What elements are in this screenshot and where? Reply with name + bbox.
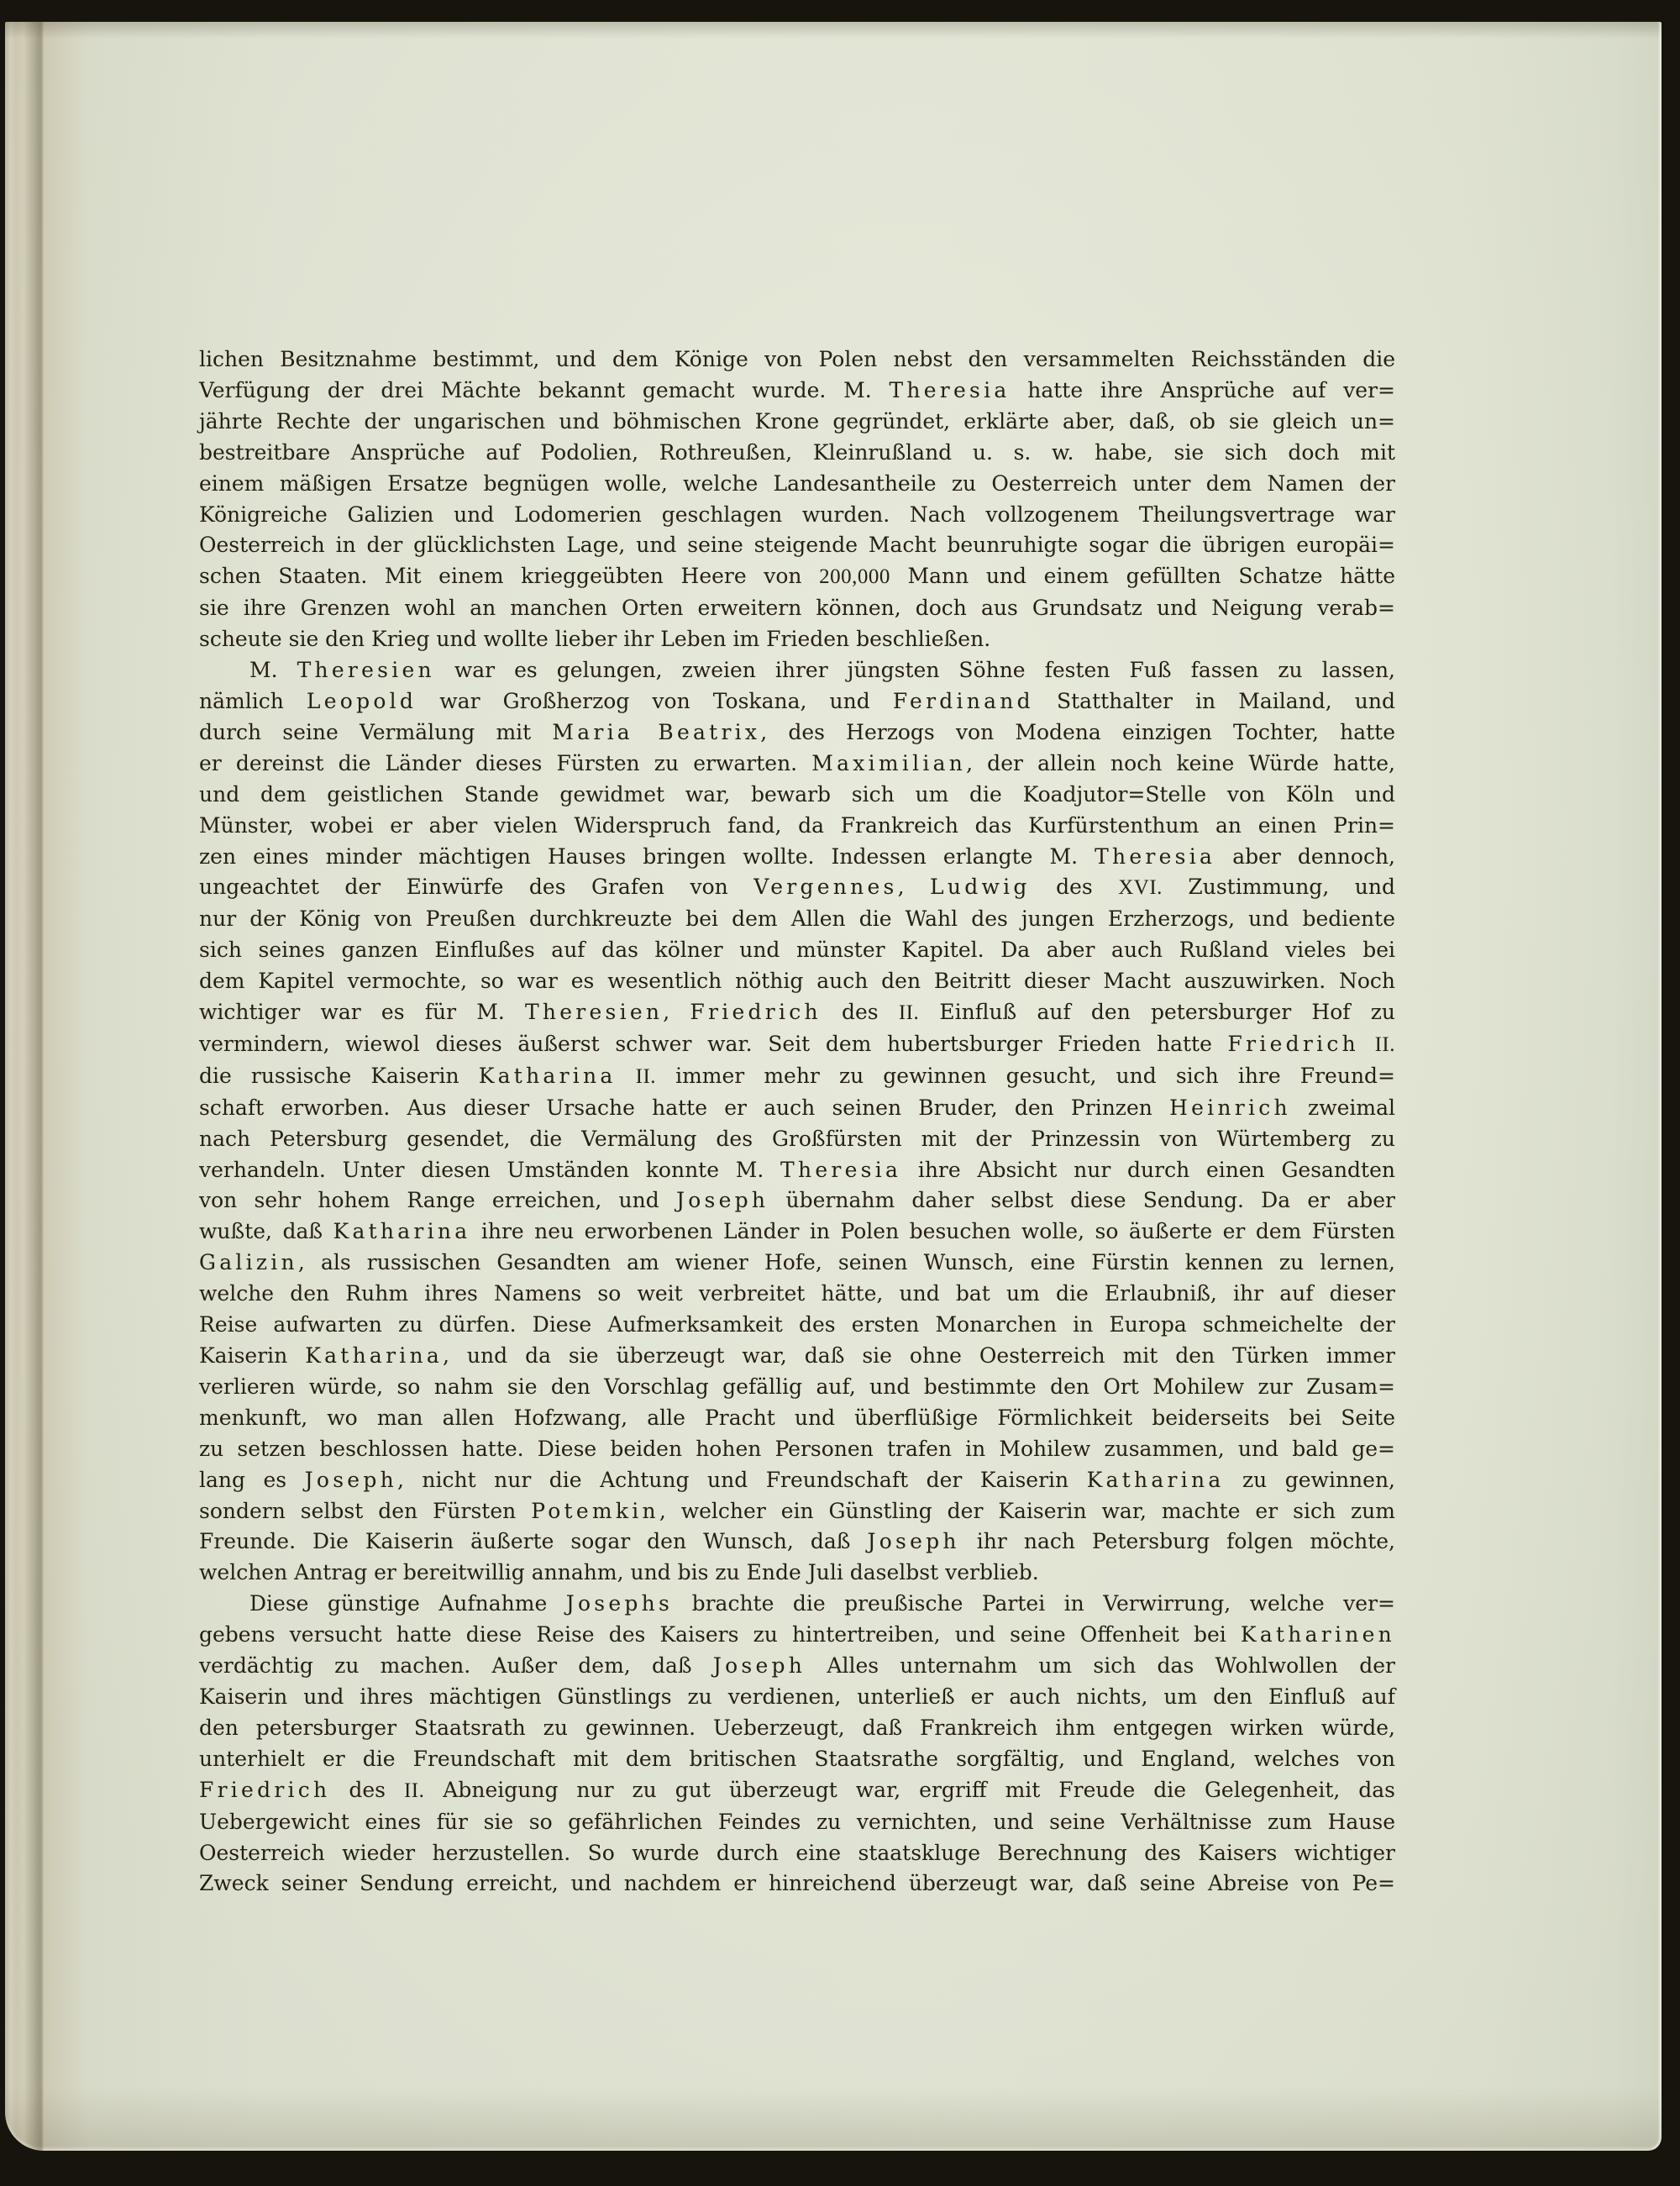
text-block: lichen Besitznahme bestimmt, und dem Kön… [199,344,1395,1900]
spaced-name: Ferdinand [893,689,1034,713]
text-segment: einem mäßigen Ersatze begnügen wolle, we… [199,471,1395,496]
spaced-name: Leopold [307,689,417,713]
text-segment: er dereinst die Länder dieses Fürsten zu… [199,751,811,775]
text-line: Oesterreich wieder herzustellen. So wurd… [199,1838,1395,1869]
text-line: von sehr hohem Range erreichen, und Jose… [199,1185,1395,1216]
text-line: Uebergewicht eines für sie so gefährlich… [199,1807,1395,1838]
scan-background: lichen Besitznahme bestimmt, und dem Kön… [0,0,1680,2186]
text-segment: zweimal [1291,1096,1395,1120]
antiqua-numeral: II. [636,1065,656,1088]
text-line: Oesterreich in der glücklichsten Lage, u… [199,530,1395,561]
text-segment: wußte, daß [199,1219,333,1243]
text-line: nämlich Leopold war Großherzog von Toska… [199,686,1395,717]
text-segment: nur der König von Preußen durchkreuzte b… [199,906,1395,931]
text-segment: nach Petersburg gesendet, die Vermälung … [199,1127,1395,1151]
text-line: jährte Rechte der ungarischen und böhmis… [199,407,1395,438]
text-line: schaft erworben. Aus dieser Ursache hatt… [199,1093,1395,1124]
text-segment: schen Staaten. Mit einem krieggeübten He… [199,564,819,588]
text-line: Königreiche Galizien und Lodomerien gesc… [199,500,1395,531]
antiqua-numeral: II. [404,1779,424,1802]
text-line: Freunde. Die Kaiserin äußerte sogar den … [199,1527,1395,1558]
text-segment: nämlich [199,689,307,713]
spaced-name: Joseph [713,1653,806,1678]
text-segment: Einfluß auf den petersburger Hof zu [919,1000,1395,1024]
text-segment: Uebergewicht eines für sie so gefährlich… [199,1810,1395,1834]
spaced-name: Friedrich [690,1000,821,1024]
antiqua-numeral: II. [1375,1033,1395,1056]
spaced-name: Friedrich [199,1778,330,1802]
text-segment: Oesterreich wieder herzustellen. So wurd… [199,1841,1395,1865]
spaced-name: Joseph [305,1468,397,1492]
text-segment: verlieren würde, so nahm sie den Vorschl… [199,1374,1395,1399]
text-line: zen eines minder mächtigen Hauses bringe… [199,842,1395,873]
text-line: Zweck seiner Sendung erreicht, und nachd… [199,1868,1395,1900]
text-segment: , [663,1000,690,1024]
spaced-name: Vergennes [753,875,897,899]
spaced-name: Friedrich [1228,1032,1359,1056]
text-segment: und dem geistlichen Stande gewidmet war,… [199,782,1395,807]
text-segment: Abneigung nur zu gut überzeugt war, ergr… [424,1778,1395,1802]
text-segment: jährte Rechte der ungarischen und böhmis… [199,409,1395,434]
spaced-name: Potemkin [531,1499,659,1523]
text-segment: Kaiserin und ihres mächtigen Günstlings … [199,1684,1395,1709]
text-segment: Verfügung der drei Mächte bekannt gemach… [199,378,889,402]
spaced-name: Theresia [780,1158,901,1182]
text-segment: M. [249,658,297,682]
spaced-name: Joseph [676,1188,769,1212]
text-segment: lichen Besitznahme bestimmt, und dem Kön… [199,347,1395,371]
spaced-name: Joseph [867,1529,959,1553]
spaced-name: Katharina [479,1064,617,1088]
text-segment: ihr nach Petersburg folgen möchte, [960,1529,1395,1553]
text-segment: zu setzen beschlossen hatte. Diese beide… [199,1437,1395,1461]
text-line: den petersburger Staatsrath zu gewinnen.… [199,1713,1395,1744]
text-segment: verdächtig zu machen. Außer dem, daß [199,1653,713,1678]
spaced-name: Maximilian [811,751,966,775]
text-segment: war es gelungen, zweien ihrer jüngsten S… [435,658,1395,682]
text-segment: war Großherzog von Toskana, und [417,689,893,713]
text-segment: durch seine Vermälung mit [199,720,552,744]
text-line: menkunft, wo man allen Hofzwang, alle Pr… [199,1403,1395,1434]
text-line: Reise aufwarten zu dürfen. Diese Aufmerk… [199,1310,1395,1341]
text-segment: schaft erworben. Aus dieser Ursache hatt… [199,1096,1169,1120]
text-line: schen Staaten. Mit einem krieggeübten He… [199,561,1395,593]
text-segment: Mann und einem gefüllten Schatze hätte [890,564,1395,588]
text-line: welche den Ruhm ihres Namens so weit ver… [199,1279,1395,1310]
text-segment: Diese günstige Aufnahme [249,1591,566,1616]
text-line: lang es Joseph, nicht nur die Achtung un… [199,1465,1395,1496]
text-segment: , und da sie überzeugt war, daß sie ohne… [443,1343,1395,1368]
text-line: einem mäßigen Ersatze begnügen wolle, we… [199,469,1395,500]
spaced-name: Theresia [889,378,1010,402]
text-segment: Alles unternahm um sich das Wohlwollen d… [806,1653,1395,1678]
text-segment: von sehr hohem Range erreichen, und [199,1188,676,1212]
text-segment: Freunde. Die Kaiserin äußerte sogar den … [199,1529,867,1553]
spaced-name: Katharina [1087,1468,1225,1492]
text-segment: welche den Ruhm ihres Namens so weit ver… [199,1281,1395,1306]
text-line: wußte, daß Katharina ihre neu erworbenen… [199,1216,1395,1248]
spaced-name: Katharina [305,1343,443,1368]
text-line: verhandeln. Unter diesen Umständen konnt… [199,1155,1395,1186]
antiqua-numeral: 200,000 [819,565,890,588]
text-segment: die russische Kaiserin [199,1064,479,1088]
text-segment [617,1064,636,1088]
spaced-name: Maria Beatrix [552,720,760,744]
text-segment: ihre neu erworbenen Länder in Polen besu… [470,1219,1395,1243]
text-segment: , als russischen Gesandten am wiener Hof… [298,1250,1395,1274]
text-line: vermindern, wiewol dieses äußerst schwer… [199,1029,1395,1061]
text-segment: Statthalter in Mailand, und [1034,689,1395,713]
text-segment: unterhielt er die Freundschaft mit dem b… [199,1747,1395,1771]
text-segment: wichtiger war es für M. [199,1000,525,1024]
text-line: bestreitbare Ansprüche auf Podolien, Rot… [199,438,1395,469]
text-line: unterhielt er die Freundschaft mit dem b… [199,1744,1395,1775]
text-line: dem Kapitel vermochte, so war es wesentl… [199,966,1395,997]
text-segment: , welcher ein Günstling der Kaiserin war… [659,1499,1395,1523]
text-line: durch seine Vermälung mit Maria Beatrix,… [199,717,1395,749]
text-segment: sondern selbst den Fürsten [199,1499,531,1523]
text-segment: den petersburger Staatsrath zu gewinnen.… [199,1716,1395,1740]
spaced-name: Theresia [1095,844,1215,869]
spaced-name: Ludwig [930,875,1031,899]
text-segment: brachte die preußische Partei in Verwirr… [673,1591,1395,1616]
text-line: welchen Antrag er bereitwillig annahm, u… [199,1558,1395,1589]
text-segment: verhandeln. Unter diesen Umständen konnt… [199,1158,780,1182]
text-line: sondern selbst den Fürsten Potemkin, wel… [199,1496,1395,1527]
text-segment: , [898,875,930,899]
text-segment: des [822,1000,899,1024]
antiqua-numeral: XVI. [1118,876,1163,899]
text-segment: , des Herzogs von Modena einzigen Tochte… [760,720,1395,744]
text-line: gebens versucht hatte diese Reise des Ka… [199,1620,1395,1651]
text-segment: hatte ihre Ansprüche auf ver= [1010,378,1395,402]
text-line: lichen Besitznahme bestimmt, und dem Kön… [199,344,1395,376]
spaced-name: Katharinen [1241,1622,1395,1647]
text-line: Galizin, als russischen Gesandten am wie… [199,1248,1395,1279]
text-segment [1359,1032,1375,1056]
text-segment: ihre Absicht nur durch einen Gesandten [901,1158,1395,1182]
text-segment: , der allein noch keine Würde hatte, [966,751,1395,775]
text-line: er dereinst die Länder dieses Fürsten zu… [199,749,1395,780]
text-line: nach Petersburg gesendet, die Vermälung … [199,1124,1395,1155]
page-gutter-edge [5,22,44,2151]
text-segment: Königreiche Galizien und Lodomerien gesc… [199,502,1395,527]
text-line: zu setzen beschlossen hatte. Diese beide… [199,1434,1395,1465]
text-line: die russische Kaiserin Katharina II. imm… [199,1061,1395,1093]
text-segment: sich seines ganzen Einflußes auf das köl… [199,938,1395,962]
text-segment: scheute sie den Krieg und wollte lieber … [199,627,990,651]
text-segment: welchen Antrag er bereitwillig annahm, u… [199,1560,1039,1584]
text-line: sich seines ganzen Einflußes auf das köl… [199,935,1395,966]
text-segment: Zustimmung, und [1163,875,1395,899]
text-line: verlieren würde, so nahm sie den Vorschl… [199,1372,1395,1403]
text-segment: des [330,1778,404,1802]
spaced-name: Josephs [566,1591,673,1616]
text-line: Kaiserin Katharina, und da sie überzeugt… [199,1341,1395,1372]
text-segment: , nicht nur die Achtung und Freundschaft… [397,1468,1087,1492]
text-segment: lang es [199,1468,305,1492]
text-segment: Reise aufwarten zu dürfen. Diese Aufmerk… [199,1312,1395,1337]
text-segment: immer mehr zu gewinnen gesucht, und sich… [656,1064,1395,1088]
text-segment: vermindern, wiewol dieses äußerst schwer… [199,1032,1228,1056]
text-segment: Kaiserin [199,1343,305,1368]
text-segment: gebens versucht hatte diese Reise des Ka… [199,1622,1241,1647]
text-segment: Oesterreich in der glücklichsten Lage, u… [199,533,1395,557]
text-segment: menkunft, wo man allen Hofzwang, alle Pr… [199,1406,1395,1430]
text-segment: Zweck seiner Sendung erreicht, und nachd… [199,1871,1395,1895]
text-segment: dem Kapitel vermochte, so war es wesentl… [199,969,1395,993]
text-line: M. Theresien war es gelungen, zweien ihr… [199,655,1395,686]
text-line: Friedrich des II. Abneigung nur zu gut ü… [199,1775,1395,1807]
text-line: Verfügung der drei Mächte bekannt gemach… [199,376,1395,407]
text-segment: übernahm daher selbst diese Sendung. Da … [769,1188,1395,1212]
text-segment: aber dennoch, [1215,844,1395,869]
text-line: Kaiserin und ihres mächtigen Günstlings … [199,1682,1395,1713]
text-segment: ungeachtet der Einwürfe des Grafen von [199,875,753,899]
text-segment: Münster, wobei er aber vielen Widerspruc… [199,813,1395,838]
text-segment: sie ihre Grenzen wohl an manchen Orten e… [199,596,1395,620]
text-segment: zen eines minder mächtigen Hauses bringe… [199,844,1095,869]
text-line: verdächtig zu machen. Außer dem, daß Jos… [199,1651,1395,1682]
text-line: scheute sie den Krieg und wollte lieber … [199,624,1395,655]
spaced-name: Heinrich [1169,1096,1291,1120]
text-line: Münster, wobei er aber vielen Widerspruc… [199,811,1395,842]
antiqua-numeral: II. [899,1001,919,1024]
text-segment: des [1031,875,1119,899]
text-line: und dem geistlichen Stande gewidmet war,… [199,780,1395,811]
text-line: ungeachtet der Einwürfe des Grafen von V… [199,872,1395,904]
text-line: nur der König von Preußen durchkreuzte b… [199,904,1395,935]
text-line: sie ihre Grenzen wohl an manchen Orten e… [199,593,1395,624]
spaced-name: Katharina [333,1219,471,1243]
text-segment: zu gewinnen, [1224,1468,1395,1492]
spaced-name: Theresien [525,1000,663,1024]
spaced-name: Theresien [297,658,435,682]
text-line: Diese günstige Aufnahme Josephs brachte … [199,1589,1395,1620]
text-segment: bestreitbare Ansprüche auf Podolien, Rot… [199,440,1395,465]
text-line: wichtiger war es für M. Theresien, Fried… [199,997,1395,1029]
spaced-name: Galizin [199,1250,298,1274]
book-page-paper: lichen Besitznahme bestimmt, und dem Kön… [5,22,1662,2151]
